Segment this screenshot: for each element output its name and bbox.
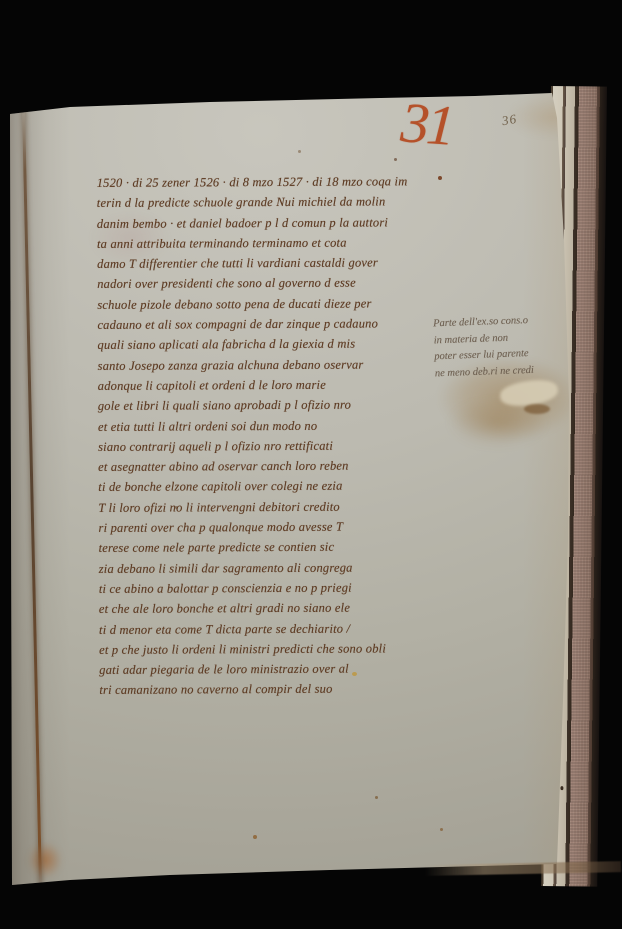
- manuscript-line: santo Josepo zanza grazia alchuna debano…: [98, 354, 454, 376]
- foxing-spot: [298, 150, 301, 153]
- manuscript-line: ti d menor eta come T dicta parte se dec…: [99, 618, 455, 640]
- manuscript-line: gati adar piegaria de le loro ministrazi…: [99, 658, 455, 680]
- rust-stain: [28, 842, 62, 878]
- manuscript-line: ti ce abino a balottar p conscienzia e n…: [99, 577, 455, 599]
- gutter-crease: [22, 108, 42, 884]
- manuscript-line: et asegnatter abino ad oservar canch lor…: [98, 455, 454, 477]
- manuscript-line: ri parenti over cha p qualonque modo ave…: [98, 516, 454, 538]
- manuscript-line: quali siano aplicati ala fabricha d la g…: [97, 333, 453, 355]
- stain-light-patch: [499, 377, 560, 409]
- manuscript-line: zia debano li simili dar sagramento ali …: [99, 557, 455, 579]
- manuscript-line: et che ale loro bonche et altri gradi no…: [99, 597, 455, 619]
- folio-number-red: 31: [399, 94, 454, 154]
- stain-dark-clump: [524, 404, 550, 414]
- foxing-spot: [253, 835, 257, 839]
- manuscript-line: adonque li capitoli et ordeni d le loro …: [98, 374, 454, 396]
- water-stain-tail: [448, 398, 548, 448]
- manuscript-line: ta anni attribuita terminando terminamo …: [97, 232, 453, 254]
- manuscript-line: T li loro ofizi no li intervengni debito…: [98, 496, 454, 518]
- folio-number-ink: 36: [501, 111, 519, 129]
- manuscript-text-block: 1520 · di 25 zener 1526 · di 8 mzo 1527 …: [97, 171, 456, 701]
- manuscript-line: danim bembo · et daniel badoer p l d com…: [97, 212, 453, 234]
- manuscript-line: tri camanizano no caverno al compir del …: [99, 678, 455, 700]
- manuscript-line: siano contrarij aqueli p l ofizio nro re…: [98, 435, 454, 457]
- page-edge-speck: [560, 786, 563, 790]
- foxing-spot: [375, 796, 378, 799]
- manuscript-line: terese come nele parte predicte se conti…: [99, 536, 455, 558]
- folio-predot: [394, 158, 397, 161]
- slide-photo: 1520 · di 25 zener 1526 · di 8 mzo 1527 …: [0, 0, 622, 929]
- marginal-note: Parte dell'ex.so cons.oin materia de non…: [433, 312, 569, 383]
- manuscript-line: gole et libri li quali siano aprobadi p …: [98, 394, 454, 416]
- manuscript-line: nadori over presidenti che sono al gover…: [97, 273, 453, 295]
- manuscript-line: damo T differentier che tutti li vardian…: [97, 252, 453, 274]
- foxing-spot: [440, 828, 443, 831]
- manuscript-line: terin d la predicte schuole grande Nui m…: [97, 191, 453, 213]
- manuscript-line: 1520 · di 25 zener 1526 · di 8 mzo 1527 …: [97, 171, 453, 193]
- manuscript-line: schuole pizole debano sotto pena de duca…: [97, 293, 453, 315]
- leather-cover-edge: [569, 86, 597, 886]
- folio-dot: [438, 176, 442, 180]
- manuscript-line: et p che justo li ordeni li ministri pre…: [99, 638, 455, 660]
- manuscript-line: cadauno et ali sox compagni de dar zinqu…: [97, 313, 453, 335]
- manuscript-line: et etia tutti li altri ordeni soi dun mo…: [98, 415, 454, 437]
- manuscript-page: 1520 · di 25 zener 1526 · di 8 mzo 1527 …: [0, 0, 622, 929]
- manuscript-line: ti de bonche elzone capitoli over colegi…: [98, 476, 454, 498]
